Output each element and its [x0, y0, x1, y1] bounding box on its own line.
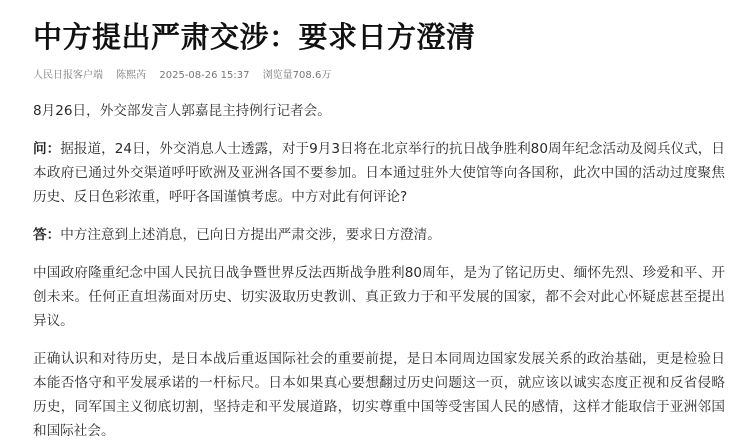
question-label: 问： [33, 141, 60, 157]
answer-label: 答： [33, 227, 60, 243]
paragraph-answer: 答：中方注意到上述消息，已向日方提出严肃交涉，要求日方澄清。 [33, 223, 725, 247]
answer-text: 中方注意到上述消息，已向日方提出严肃交涉，要求日方澄清。 [60, 227, 441, 243]
publish-datetime: 2025-08-26 15:37 [159, 70, 249, 81]
author-label: 陈熙芮 [116, 70, 146, 81]
article: 中方提出严肃交涉：要求日方澄清 人民日报客户端 陈熙芮 2025-08-26 1… [33, 0, 725, 443]
paragraph-intro: 8月26日，外交部发言人郭嘉昆主持例行记者会。 [33, 99, 725, 123]
article-title: 中方提出严肃交涉：要求日方澄清 [33, 17, 725, 57]
question-text: 据报道，24日，外交消息人士透露，对于9月3日将在北京举行的抗日战争胜利80周年… [33, 141, 725, 205]
paragraph-question: 问：据报道，24日，外交消息人士透露，对于9月3日将在北京举行的抗日战争胜利80… [33, 137, 725, 209]
paragraph-commemoration: 中国政府隆重纪念中国人民抗日战争暨世界反法西斯战争胜利80周年，是为了铭记历史、… [33, 261, 725, 333]
view-count: 浏览量708.6万 [263, 70, 332, 81]
article-meta: 人民日报客户端 陈熙芮 2025-08-26 15:37 浏览量708.6万 [33, 69, 725, 83]
paragraph-history: 正确认识和对待历史，是日本战后重返国际社会的重要前提，是日本同周边国家发展关系的… [33, 347, 725, 443]
source-label[interactable]: 人民日报客户端 [33, 70, 103, 81]
